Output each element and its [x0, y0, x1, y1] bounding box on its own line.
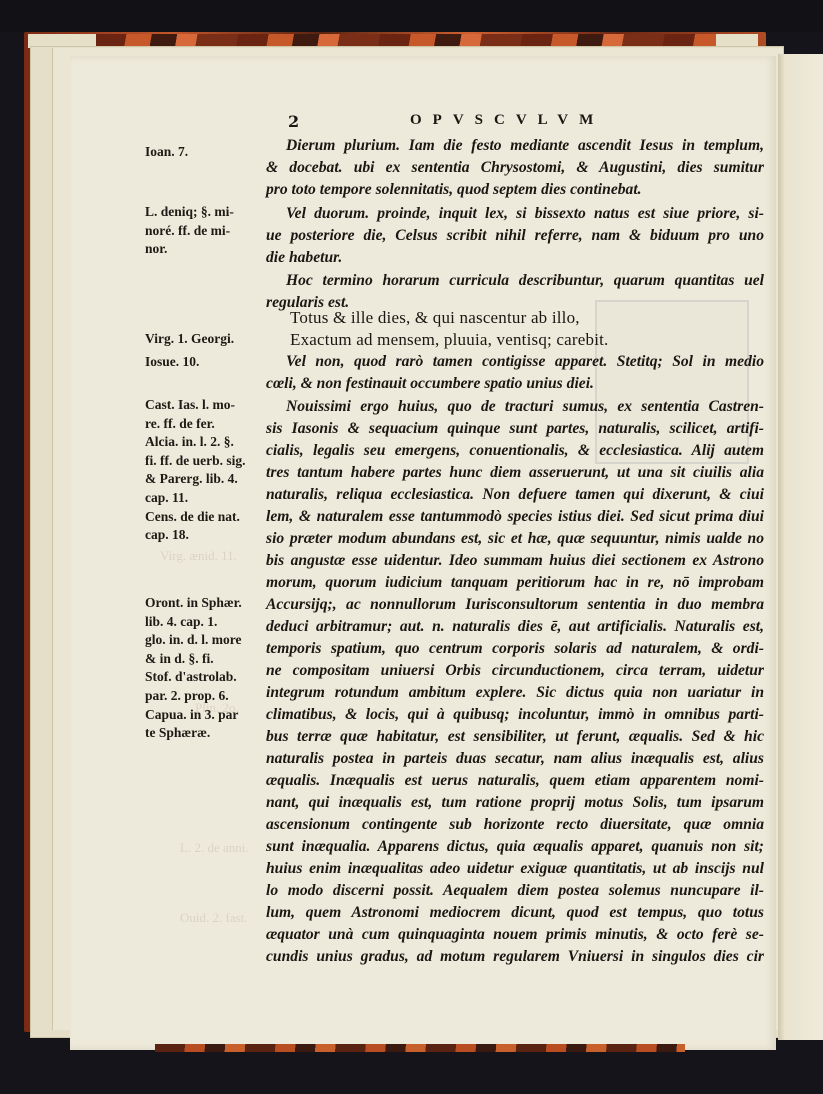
- text-line: deduci arbitramur; aut. n. naturalis die…: [266, 618, 764, 636]
- marginal-note-line: & Parerg. lib. 4.: [145, 470, 246, 489]
- marginal-note-line: cap. 18.: [145, 526, 246, 545]
- text-line: morum, quorum iudicium tanquam peritioru…: [266, 574, 764, 592]
- show-through-text: Virg. ænid. 11.: [160, 548, 237, 564]
- text-line: ne compositam uniuersi Orbis circunducti…: [266, 662, 764, 680]
- verse-line: Totus & ille dies, & qui nascentur ab il…: [266, 308, 788, 328]
- marginal-note-line: re. ff. de fer.: [145, 415, 246, 434]
- facing-page-edge: [778, 54, 823, 1040]
- marginal-note-line: noré. ff. de mi-: [145, 222, 234, 241]
- text-line: naturalis postea in parteis duas secatur…: [266, 750, 764, 768]
- text-line: nant, qui inæqualis est, tum ratione pro…: [266, 794, 764, 812]
- marginal-note-line: cap. 11.: [145, 489, 246, 508]
- text-line: lem, & naturalem esse tantummodò species…: [266, 508, 764, 526]
- text-line: lo modo discerni possit. Aequalem diem p…: [266, 882, 764, 900]
- marginal-note-line: Ioan. 7.: [145, 143, 188, 162]
- text-line: & docebat. ubi ex sententia Chrysostomi,…: [266, 159, 764, 177]
- marginal-note-line: Iosue. 10.: [145, 353, 199, 372]
- running-title: OPVSCVLVM: [410, 112, 604, 129]
- text-line: integrum rotundum ambitum explere. Sic d…: [266, 684, 764, 702]
- marginal-note-line: L. deniq; §. mi-: [145, 203, 234, 222]
- text-line: bis angustæ esse uidentur. Ideo summam h…: [266, 552, 764, 570]
- marginal-note-line: Oront. in Sphær.: [145, 594, 242, 613]
- show-through-text: Ouid. 2. fast.: [180, 910, 248, 926]
- text-line: lum, quem Astronomi mediocrem dicunt, qu…: [266, 904, 764, 922]
- marginal-note-line: Capua. in 3. par: [145, 706, 242, 725]
- text-line: sunt inæqualia. Apparens dictus, quia æq…: [266, 838, 764, 856]
- text-line: die habetur.: [266, 249, 764, 267]
- text-line: ascensionum contingente sub horizonte re…: [266, 816, 764, 834]
- text-line: cœli, & non festinauit occumbere spatio …: [266, 375, 764, 393]
- text-line: ue posteriore die, Celsus scribit nihil …: [266, 227, 764, 245]
- marginal-note: Ioan. 7.: [145, 143, 188, 162]
- marginal-note: L. deniq; §. mi-noré. ff. de mi-nor.: [145, 203, 234, 259]
- text-line: huius enim inæqualitas adeo uidetur exig…: [266, 860, 764, 878]
- marginal-note-line: te Sphæræ.: [145, 724, 242, 743]
- verse-line: Exactum ad mensem, pluuia, ventisq; care…: [266, 330, 788, 350]
- text-line: sio præter modum abundans est, sic et hæ…: [266, 530, 764, 548]
- text-line: æqualis. Inæqualis est uerus naturalis, …: [266, 772, 764, 790]
- text-line: sis Iasonis & sequacium quinque sunt par…: [266, 420, 764, 438]
- marginal-note: Virg. 1. Georgi.: [145, 330, 234, 349]
- text-line: pro toto tempore solennitatis, quod sept…: [266, 181, 764, 199]
- text-line: Vel non, quod rarò tamen contigisse appa…: [266, 353, 764, 371]
- dark-background-top: [0, 0, 823, 32]
- marginal-note-line: Virg. 1. Georgi.: [145, 330, 234, 349]
- marginal-note: Cast. Ias. l. mo-re. ff. de fer.Alcia. i…: [145, 396, 246, 545]
- marginal-note-line: fi. ff. de uerb. sig.: [145, 452, 246, 471]
- text-line: tres tantum habere partes hunc diem asse…: [266, 464, 764, 482]
- text-line: temporis spatium, quo centrum corporis s…: [266, 640, 764, 658]
- text-line: Nouissimi ergo huius, quo de tracturi su…: [266, 398, 764, 416]
- show-through-text: L. 2. de anni.: [180, 840, 249, 856]
- page-number: 2: [288, 112, 299, 131]
- text-line: Hoc termino horarum curricula describunt…: [266, 272, 764, 290]
- marginal-note: Oront. in Sphær.lib. 4. cap. 1.glo. in. …: [145, 594, 242, 743]
- marginal-note-line: Cast. Ias. l. mo-: [145, 396, 246, 415]
- marginal-note-line: par. 2. prop. 6.: [145, 687, 242, 706]
- marginal-note: Iosue. 10.: [145, 353, 199, 372]
- marginal-note-line: & in d. §. fi.: [145, 650, 242, 669]
- text-line: æquator unà cum quinquaginta nouem primi…: [266, 926, 764, 944]
- marginal-note-line: Alcia. in. l. 2. §.: [145, 433, 246, 452]
- text-line: cialis, legalis seu emergens, conuention…: [266, 442, 764, 460]
- marginal-note-line: Cens. de die nat.: [145, 508, 246, 527]
- marginal-note-line: Stof. d'astrolab.: [145, 668, 242, 687]
- text-line: Dierum plurium. Iam die festo mediante a…: [266, 137, 764, 155]
- text-line: climatibus, & locis, qui à quibusq; inco…: [266, 706, 764, 724]
- marginal-note-line: glo. in. d. l. more: [145, 631, 242, 650]
- text-line: cundis unius gradus, ad motum regularem …: [266, 948, 764, 966]
- running-head: 2 OPVSCVLVM: [280, 112, 760, 134]
- text-line: Accursijq;, ac nonnullorum Iurisconsulto…: [266, 596, 764, 614]
- text-line: Vel duorum. proinde, inquit lex, si biss…: [266, 205, 764, 223]
- text-line: bus terræ quæ habitatur, est sensibilite…: [266, 728, 764, 746]
- text-line: naturalis, reliqua ecclesiastica. Non de…: [266, 486, 764, 504]
- marginal-note-line: nor.: [145, 240, 234, 259]
- marginal-note-line: lib. 4. cap. 1.: [145, 613, 242, 632]
- marbled-edge-bottom: [155, 1044, 685, 1052]
